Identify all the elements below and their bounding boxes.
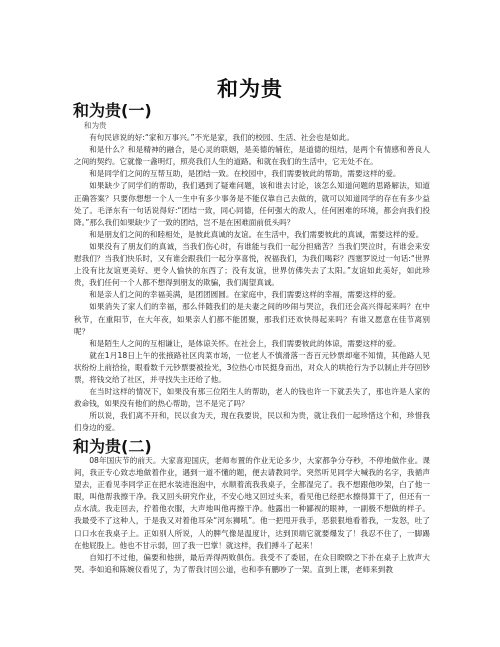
paragraph: 就在1月18日上午的张掖路社区肉菜市场，一位老人不慎滑落一沓百元钞票却毫不知情，… <box>74 350 430 386</box>
paragraph: 如果消失了家人们的幸福，那么伴随我们的是夫妻之间的吵闹与哭泣，我们还会高兴得起来… <box>74 301 430 337</box>
paragraph: 有句民谚说的好:“家和万事兴。”不光是家，我们的校园、生活、社会也是如此。 <box>74 132 430 144</box>
paragraph: 和是陌生人之间的互相谦让，是体谅关怀。在社会上，我们需要彼此的体谅，需要这样的爱… <box>74 338 430 350</box>
paragraph: 08年国庆节的前天。大家喜迎国庆，老师布置的作业无论多少，大家都争分夺秒，不停地… <box>74 455 430 552</box>
paragraph: 和是什么？和是精神的融合，是心灵的联姻，是美德的辅佐，是道德的纽结，是两个有情感… <box>74 144 430 168</box>
paragraph: 自知打不过他，偏要和他拼，最后弄得两败俱伤。我受不了委屈，在众目睽睽之下扑在桌子… <box>74 552 430 576</box>
section-subtitle: 和为贵 <box>74 120 430 132</box>
section-heading-1: 和为贵(一) <box>73 98 152 121</box>
document-page: 和为贵 和为贵(一) 和为贵 有句民谚说的好:“家和万事兴。”不光是家，我们的校… <box>0 0 500 647</box>
paragraph: 和是亲人们之间的幸福美满，是团团圆圆。在家庭中，我们需要这样的幸福，需要这样的爱… <box>74 289 430 301</box>
section-heading-2: 和为贵(二) <box>73 434 152 457</box>
section-body-2: 08年国庆节的前天。大家喜迎国庆，老师布置的作业无论多少，大家都争分夺秒，不停地… <box>74 455 430 576</box>
paragraph: 和是同学们之间的互帮互助，是团结一致。在校园中，我们需要彼此的帮助，需要这样的爱… <box>74 168 430 180</box>
paragraph: 如果没有了朋友们的真诚，当我们伤心时，有谁能与我们一起分担痛苦？当我们哭泣时，有… <box>74 241 430 289</box>
paragraph: 如果缺少了同学们的帮助，我们遇到了疑难问题，该和谁去讨论，该怎么知道问题的思路解… <box>74 180 430 228</box>
paragraph: 所以说，我们离不开和，民以食为天，现在我要说，民以和为贵，就让我们一起珍惜这个和… <box>74 410 430 434</box>
paragraph: 和是朋友们之间的和睦相处，是彼此真诚的友谊。在生活中，我们需要彼此的真诚，需要这… <box>74 229 430 241</box>
section-body-1: 和为贵 有句民谚说的好:“家和万事兴。”不光是家，我们的校园、生活、社会也是如此… <box>74 120 430 434</box>
paragraph: 在当时这样的情况下，如果没有那三位陌生人的帮助，老人的钱也许一下就丢失了，那也许… <box>74 386 430 410</box>
